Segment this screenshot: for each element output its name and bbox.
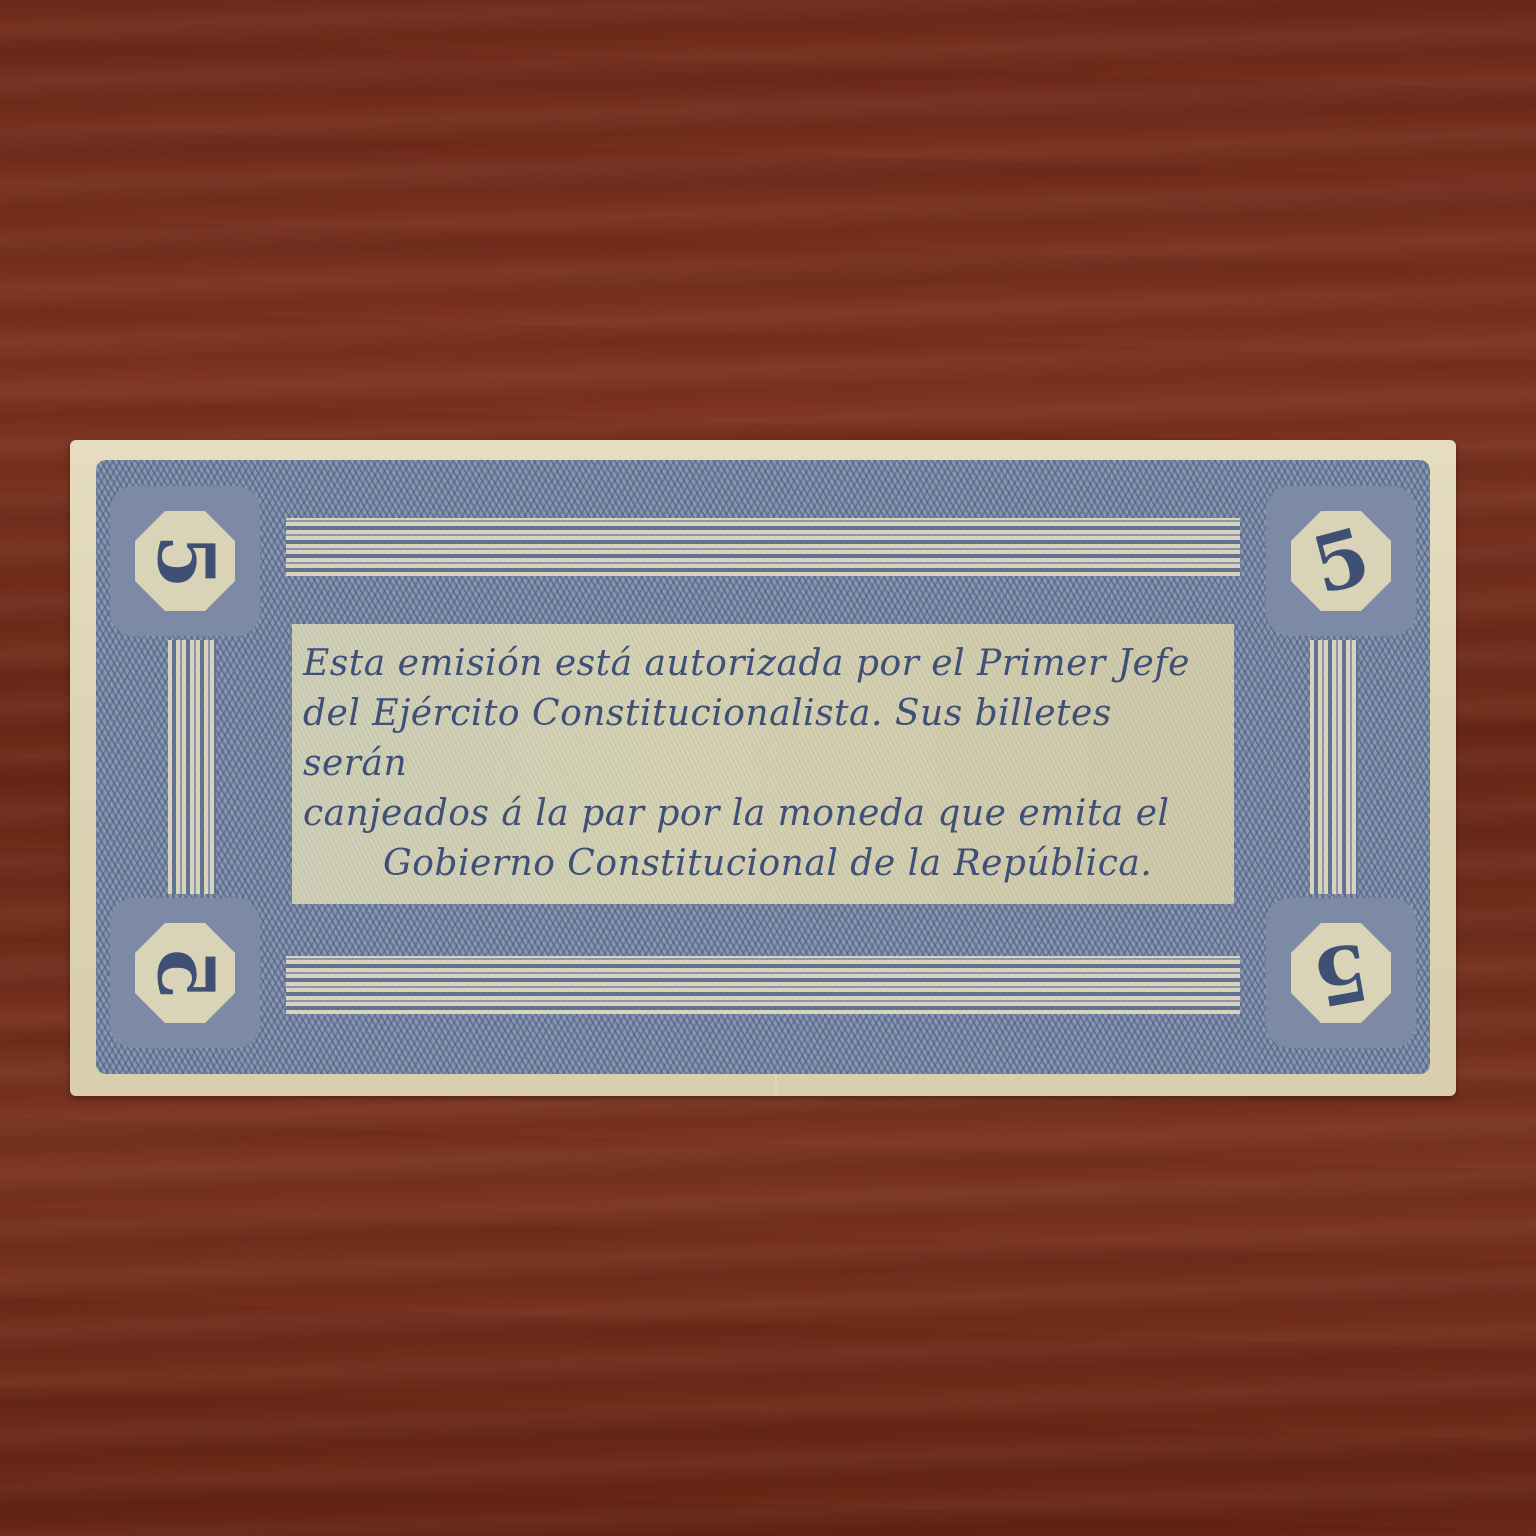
numeral-five: 5	[140, 534, 231, 588]
text-line: Gobierno Constitucional de la República.	[303, 839, 1223, 889]
text-line: canjeados á la par por la moneda que emi…	[303, 789, 1223, 839]
numeral-five: 5	[1306, 923, 1375, 1022]
wavy-band-left	[168, 640, 216, 894]
corner-numeral-bottom-left: 5	[110, 898, 260, 1048]
banknote: Esta emisión está autorizada por el Prim…	[70, 440, 1456, 1096]
numeral-five: 5	[140, 946, 231, 1000]
corner-numeral-top-right: 5	[1266, 486, 1416, 636]
text-line: Esta emisión está autorizada por el Prim…	[303, 639, 1223, 689]
wavy-band-bottom	[286, 956, 1240, 1014]
wavy-band-right	[1310, 640, 1358, 894]
corner-numeral-bottom-right: 5	[1266, 898, 1416, 1048]
text-panel: Esta emisión está autorizada por el Prim…	[292, 624, 1234, 904]
numeral-five: 5	[1303, 510, 1379, 612]
wavy-band-top	[286, 518, 1240, 576]
engraved-border: Esta emisión está autorizada por el Prim…	[96, 460, 1430, 1074]
text-line: del Ejército Constitucionalista. Sus bil…	[303, 689, 1223, 789]
corner-numeral-top-left: 5	[110, 486, 260, 636]
authorization-text: Esta emisión está autorizada por el Prim…	[303, 639, 1223, 889]
